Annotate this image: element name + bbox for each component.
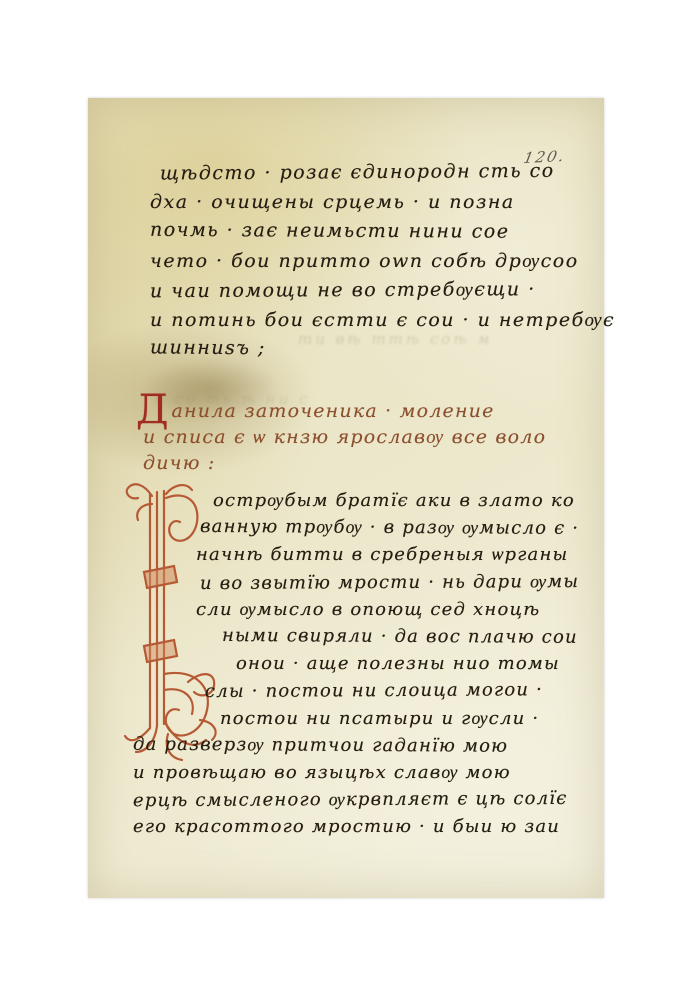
rubric-line-text: анила заточеника · моление: [172, 400, 495, 422]
rubric-line: Данила заточеника · моление: [136, 398, 604, 424]
text-line: ванную трѹбѹ · в разѹ ѹмысло є ·: [200, 513, 604, 542]
photo-background: 120. щѣдсто · розає єдинородн ст͏ь со дх…: [0, 0, 693, 1000]
text-line: да разверзѹ притчои гаданїю мою: [133, 731, 604, 761]
text-line: слы · постои ни слоица могои ·: [205, 676, 604, 705]
text-line: щѣдсто · розає єдинородн ст͏ь со: [160, 156, 604, 189]
text-line: его красоттого мростию · и быи ю заи: [133, 813, 604, 840]
main-text-block: острѹбым братїє аки в злато ко ванную тр…: [88, 487, 604, 841]
text-line: постои ни псатыри и гѹсли ·: [220, 705, 604, 732]
text-line: и чаи помощи не во стребѹєщи ·: [150, 275, 604, 307]
text-line: чето · бои притто own собѣ дрѹсоо: [150, 247, 604, 277]
text-line: и во звытїю мрости · нь дари ѹмы: [200, 568, 604, 597]
text-line: ными свиряли · да вос плачю сои: [222, 622, 604, 651]
bleedthrough-ghost-text: ти вѣ ттѣ соѣ м: [298, 330, 493, 348]
text-line: ерцѣ смысленого ѹкрвпляєт є цѣ солїє: [133, 785, 604, 815]
text-line: острѹбым братїє аки в злато ко: [213, 487, 604, 514]
text-line: и провѣщаю во языцѣх славѹ мою: [133, 759, 604, 786]
text-line: онои · аще полезны нио томы: [236, 650, 604, 677]
manuscript-page: 120. щѣдсто · розає єдинородн ст͏ь со дх…: [88, 98, 604, 898]
text-line: дха · очищены срцемь · и позна: [150, 188, 604, 218]
rubric-line: дичю :: [143, 450, 604, 476]
rubric-heading: Данила заточеника · моление и списа є ѡ …: [88, 398, 604, 476]
text-line: начнѣ битти в сребреныя ѡрганы: [196, 541, 604, 568]
rubric-line: и списа є ѡ кнзю ярославѹ все воло: [143, 424, 604, 450]
text-line: почмь · зає неимьсти нини сое: [150, 216, 604, 248]
text-line: сли ѹмысло в опоющ сед хноцѣ: [196, 596, 604, 623]
